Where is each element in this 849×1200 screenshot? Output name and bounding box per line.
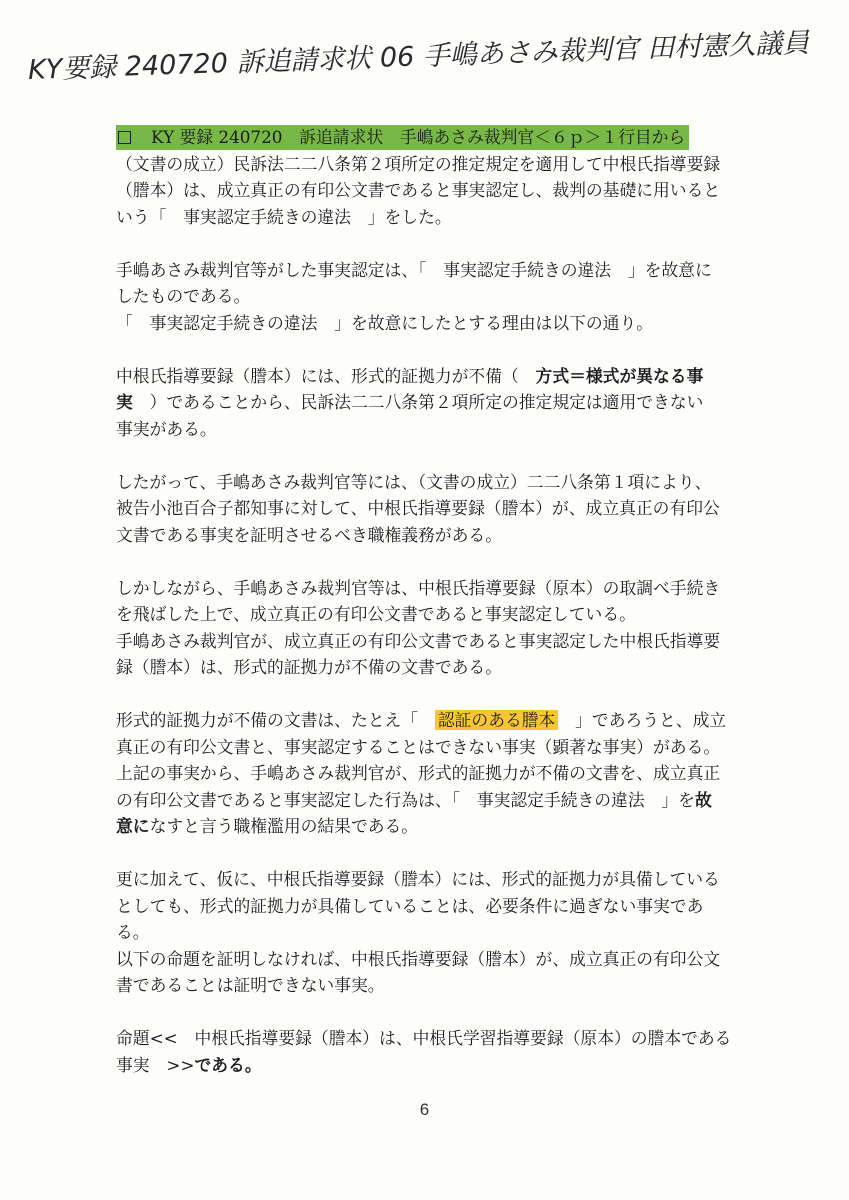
text-line: 実 ）であることから、民訴法二二八条第２項所定の推定規定は適用できない [116, 389, 796, 416]
paragraph-7: 更に加えて、仮に、中根氏指導要録（謄本）には、形式的証拠力が具備している として… [116, 866, 796, 999]
text-line: としても、形式的証拠力が具備していることは、必要条件に過ぎない事実であ [116, 893, 796, 920]
text-segment: 中根氏指導要録（謄本）には、形式的証拠力が不備（ [116, 366, 536, 386]
text-line: 録（謄本）は、形式的証拠力が不備の文書である。 [116, 654, 796, 681]
section-header-title: KY 要録 240720 訴追請求状 手嶋あさみ裁判官＜６ｐ＞１行目から [151, 127, 685, 147]
paragraph-3: 中根氏指導要録（謄本）には、形式的証拠力が不備（ 方式＝様式が異なる事 実 ）で… [116, 363, 796, 443]
text-segment: 事実 >> [116, 1055, 194, 1075]
text-segment: 形式的証拠力が不備の文書は、たとえ「 [116, 710, 435, 730]
text-line: 手嶋あさみ裁判官が、成立真正の有印公文書であると事実認定した中根氏指導要 [116, 628, 796, 655]
text-line: 更に加えて、仮に、中根氏指導要録（謄本）には、形式的証拠力が具備している [116, 866, 796, 893]
text-line: しかしながら、手嶋あさみ裁判官等は、中根氏指導要録（原本）の取調べ手続き [116, 575, 796, 602]
bold-text: である。 [194, 1055, 261, 1075]
paragraph-1: （文書の成立）民訴法二二八条第２項所定の推定規定を適用して中根氏指導要録 （謄本… [116, 151, 796, 231]
text-line: 真正の有印公文書と、事実認定することはできない事実（顕著な事実）がある。 [116, 734, 796, 761]
page-number: 6 [0, 1100, 849, 1120]
text-line: る。 [116, 919, 796, 946]
section-header: KY 要録 240720 訴追請求状 手嶋あさみ裁判官＜６ｐ＞１行目から [116, 125, 689, 150]
text-segment: なすと言う職権濫用の結果である。 [150, 816, 419, 836]
text-line: 被告小池百合子都知事に対して、中根氏指導要録（謄本）が、成立真正の有印公 [116, 495, 796, 522]
bold-text: 故 [695, 790, 712, 810]
paragraph-4: したがって、手嶋あさみ裁判官等には、（文書の成立）二二八条第１項により、 被告小… [116, 469, 796, 549]
text-segment: ）であることから、民訴法二二八条第２項所定の推定規定は適用できない [133, 392, 704, 412]
text-line: 命題<< 中根氏指導要録（謄本）は、中根氏学習指導要録（原本）の謄本である [116, 1025, 796, 1052]
paragraph-2: 手嶋あさみ裁判官等がした事実認定は、「 事実認定手続きの違法 」を故意に したも… [116, 257, 796, 337]
text-line: （謄本）は、成立真正の有印公文書であると事実認定し、裁判の基礎に用いると [116, 177, 796, 204]
paragraph-8: 命題<< 中根氏指導要録（謄本）は、中根氏学習指導要録（原本）の謄本である 事実… [116, 1025, 796, 1078]
paragraph-6: 形式的証拠力が不備の文書は、たとえ「 認証のある謄本 」であろうと、成立 真正の… [116, 707, 796, 840]
text-line: 以下の命題を証明しなければ、中根氏指導要録（謄本）が、成立真正の有印公文 [116, 946, 796, 973]
text-line: 書であることは証明できない事実。 [116, 972, 796, 999]
text-line: 事実がある。 [116, 416, 796, 443]
document-body: KY 要録 240720 訴追請求状 手嶋あさみ裁判官＜６ｐ＞１行目から （文書… [116, 124, 796, 1105]
checkbox-icon [118, 131, 131, 144]
text-line: （文書の成立）民訴法二二八条第２項所定の推定規定を適用して中根氏指導要録 [116, 151, 796, 178]
bold-text: 方式＝様式が異なる事 [536, 366, 704, 386]
text-line: の有印公文書であると事実認定した行為は、「 事実認定手続きの違法 」を故 [116, 787, 796, 814]
text-line: 中根氏指導要録（謄本）には、形式的証拠力が不備（ 方式＝様式が異なる事 [116, 363, 796, 390]
text-line: 文書である事実を証明させるべき職権義務がある。 [116, 522, 796, 549]
bold-text: 実 [116, 392, 133, 412]
paragraph-5: しかしながら、手嶋あさみ裁判官等は、中根氏指導要録（原本）の取調べ手続き を飛ば… [116, 575, 796, 681]
text-line: したものである。 [116, 283, 796, 310]
text-line: いう「 事実認定手続きの違法 」をした。 [116, 204, 796, 231]
text-line: したがって、手嶋あさみ裁判官等には、（文書の成立）二二八条第１項により、 [116, 469, 796, 496]
text-segment: の有印公文書であると事実認定した行為は、「 事実認定手続きの違法 」を [116, 790, 695, 810]
highlighted-text: 認証のある謄本 [435, 710, 558, 730]
bold-text: 意に [116, 816, 150, 836]
text-segment: 」であろうと、成立 [558, 710, 726, 730]
text-line: 上記の事実から、手嶋あさみ裁判官が、形式的証拠力が不備の文書を、成立真正 [116, 760, 796, 787]
handwritten-note: KY要録 240720 訴追請求状 06 手嶋あさみ裁判官 田村憲久議員 [27, 21, 809, 87]
text-line: 形式的証拠力が不備の文書は、たとえ「 認証のある謄本 」であろうと、成立 [116, 707, 796, 734]
text-line: 事実 >>である。 [116, 1052, 796, 1079]
text-line: 手嶋あさみ裁判官等がした事実認定は、「 事実認定手続きの違法 」を故意に [116, 257, 796, 284]
text-line: 「 事実認定手続きの違法 」を故意にしたとする理由は以下の通り。 [116, 310, 796, 337]
text-line: を飛ばした上で、成立真正の有印公文書であると事実認定している。 [116, 601, 796, 628]
text-line: 意になすと言う職権濫用の結果である。 [116, 813, 796, 840]
